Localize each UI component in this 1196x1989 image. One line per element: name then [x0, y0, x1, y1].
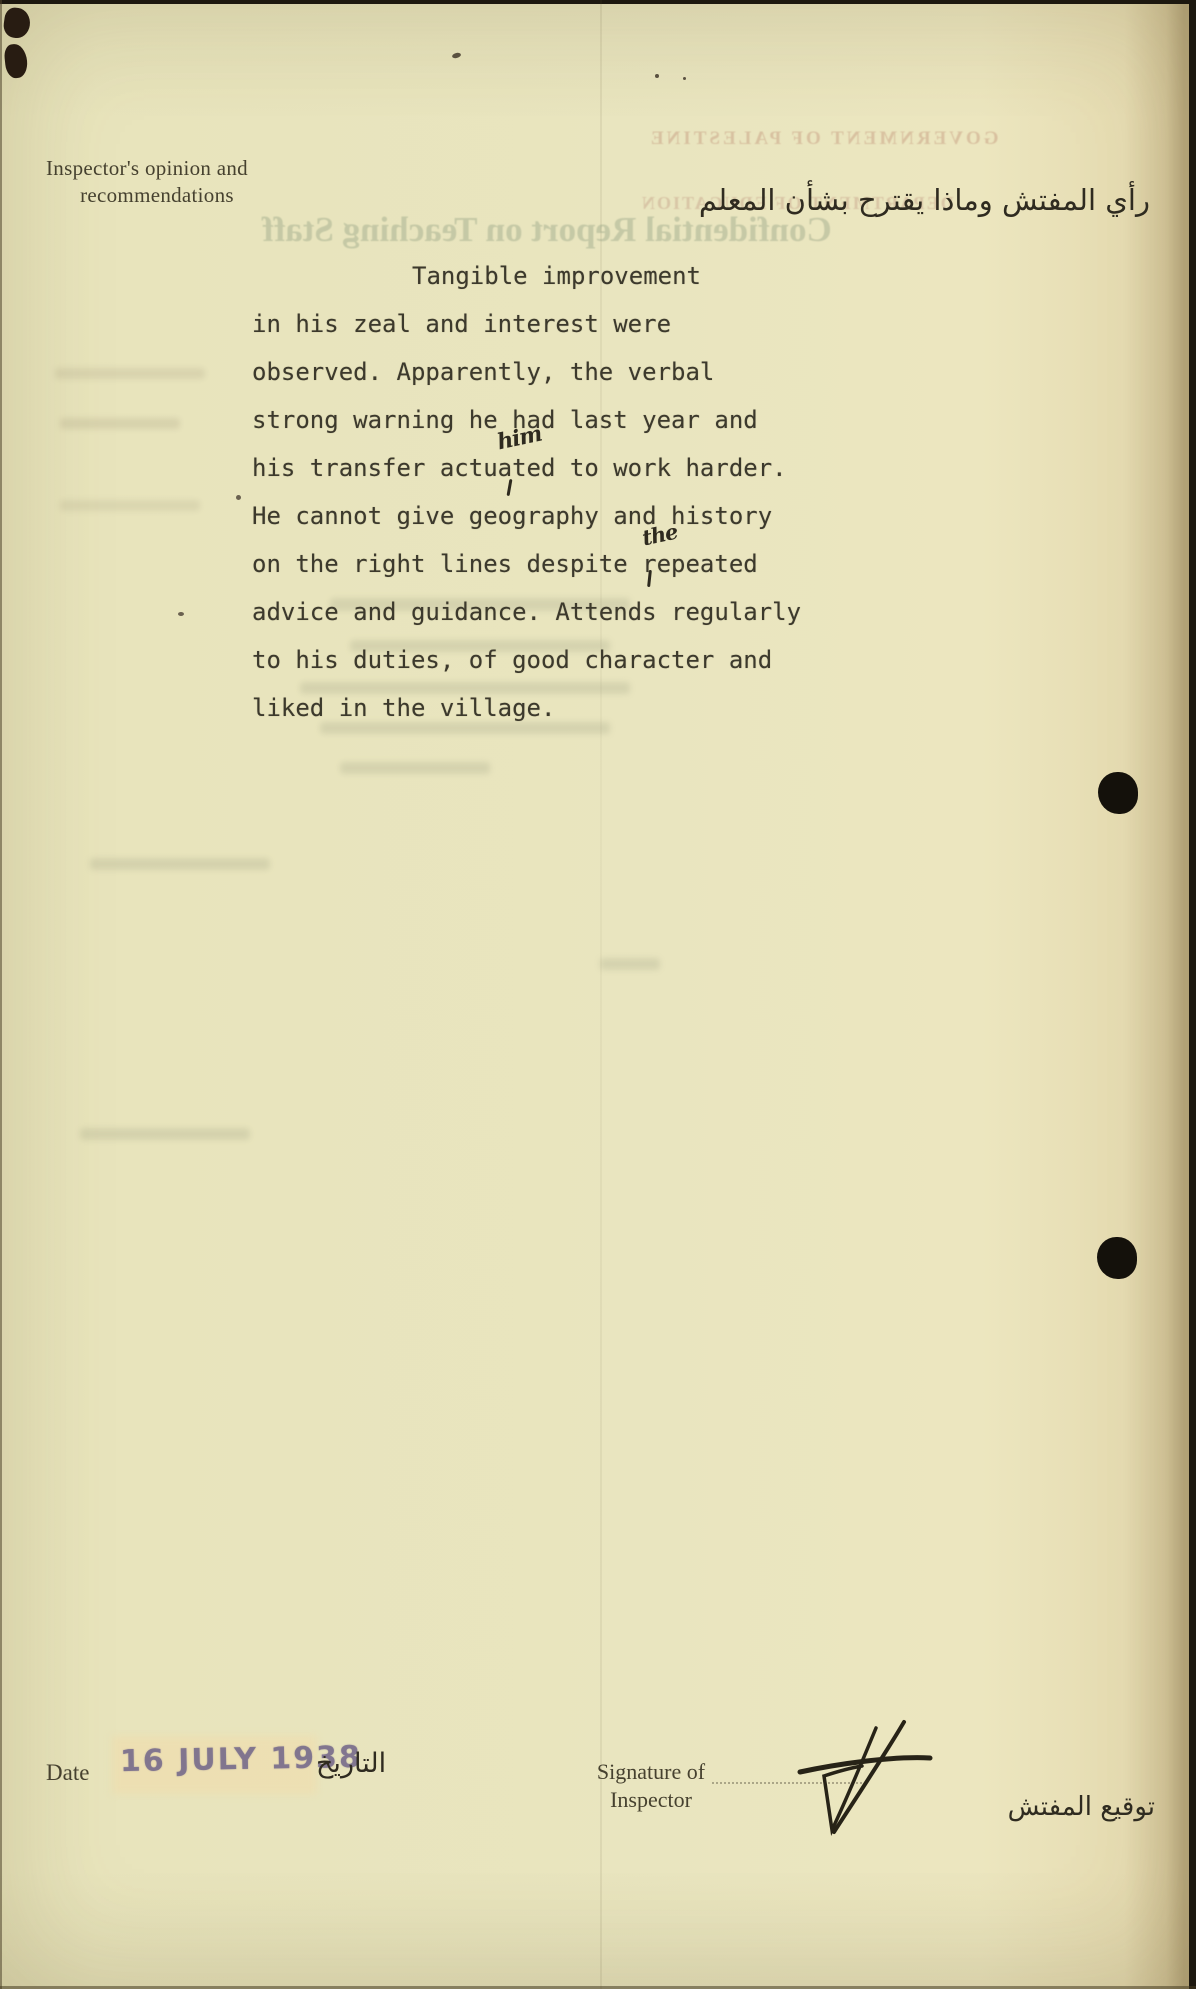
- scan-edge-right: [1189, 0, 1196, 1989]
- typed-line: to his duties, of good character and: [252, 636, 852, 684]
- scan-speck: [236, 495, 241, 500]
- typed-line: in his zeal and interest were: [252, 300, 852, 348]
- typed-line: liked in the village.: [252, 684, 852, 732]
- scanned-document-page: GOVERNMENT OF PALESTINE DEPARTMENT OF ED…: [0, 0, 1196, 1989]
- scan-edge-left: [0, 0, 2, 1989]
- bleedthrough-smudge: [55, 368, 205, 379]
- scan-speck: [655, 74, 659, 78]
- signature-label: Signature of Inspector: [576, 1758, 726, 1814]
- date-label-arabic: التاريخ: [316, 1748, 386, 1779]
- scan-speck: [683, 77, 686, 80]
- bleedthrough-smudge: [60, 418, 180, 429]
- typed-line: advice and guidance. Attends regularly: [252, 588, 852, 636]
- signature-label-line1: Signature of: [576, 1758, 726, 1786]
- bleedthrough-smudge: [90, 858, 270, 870]
- field-label-inspectors-opinion: Inspector's opinion and recommendations: [46, 155, 268, 209]
- scan-corner-mark: [2, 6, 32, 39]
- typed-line: Tangible improvement: [252, 252, 852, 300]
- date-label: Date: [46, 1760, 89, 1786]
- scan-edge-top: [0, 0, 1196, 4]
- typewritten-report-body: Tangible improvement in his zeal and int…: [252, 252, 852, 732]
- hole-punch-dot: [1098, 772, 1138, 814]
- typed-line: He cannot give geography and history: [252, 492, 852, 540]
- typed-line: on the right lines despite repeated: [252, 540, 852, 588]
- typed-line: his transfer actuated to work harder.: [252, 444, 852, 492]
- bleedthrough-smudge: [80, 1128, 250, 1140]
- scan-speck: [178, 612, 184, 616]
- bleedthrough-text: GOVERNMENT OF PALESTINE: [648, 128, 999, 150]
- field-label-line2: recommendations: [46, 182, 268, 209]
- bleedthrough-smudge: [600, 958, 660, 970]
- scan-speck: [452, 52, 462, 59]
- bleedthrough-smudge: [340, 762, 490, 774]
- field-label-arabic-inspectors-opinion: رأي المفتش وماذا يقترح بشأن المعلم: [680, 183, 1150, 217]
- typed-line: strong warning he had last year and: [252, 396, 852, 444]
- signature-label-arabic: توقيع المفتش: [1005, 1792, 1155, 1822]
- typed-line: observed. Apparently, the verbal: [252, 348, 852, 396]
- scan-corner-mark: [3, 43, 28, 79]
- hole-punch-dot: [1097, 1237, 1137, 1279]
- signature-label-line2: Inspector: [576, 1786, 726, 1814]
- field-label-line1: Inspector's opinion and: [46, 155, 268, 182]
- inspector-signature-mark: [792, 1716, 942, 1846]
- bleedthrough-smudge: [60, 500, 200, 511]
